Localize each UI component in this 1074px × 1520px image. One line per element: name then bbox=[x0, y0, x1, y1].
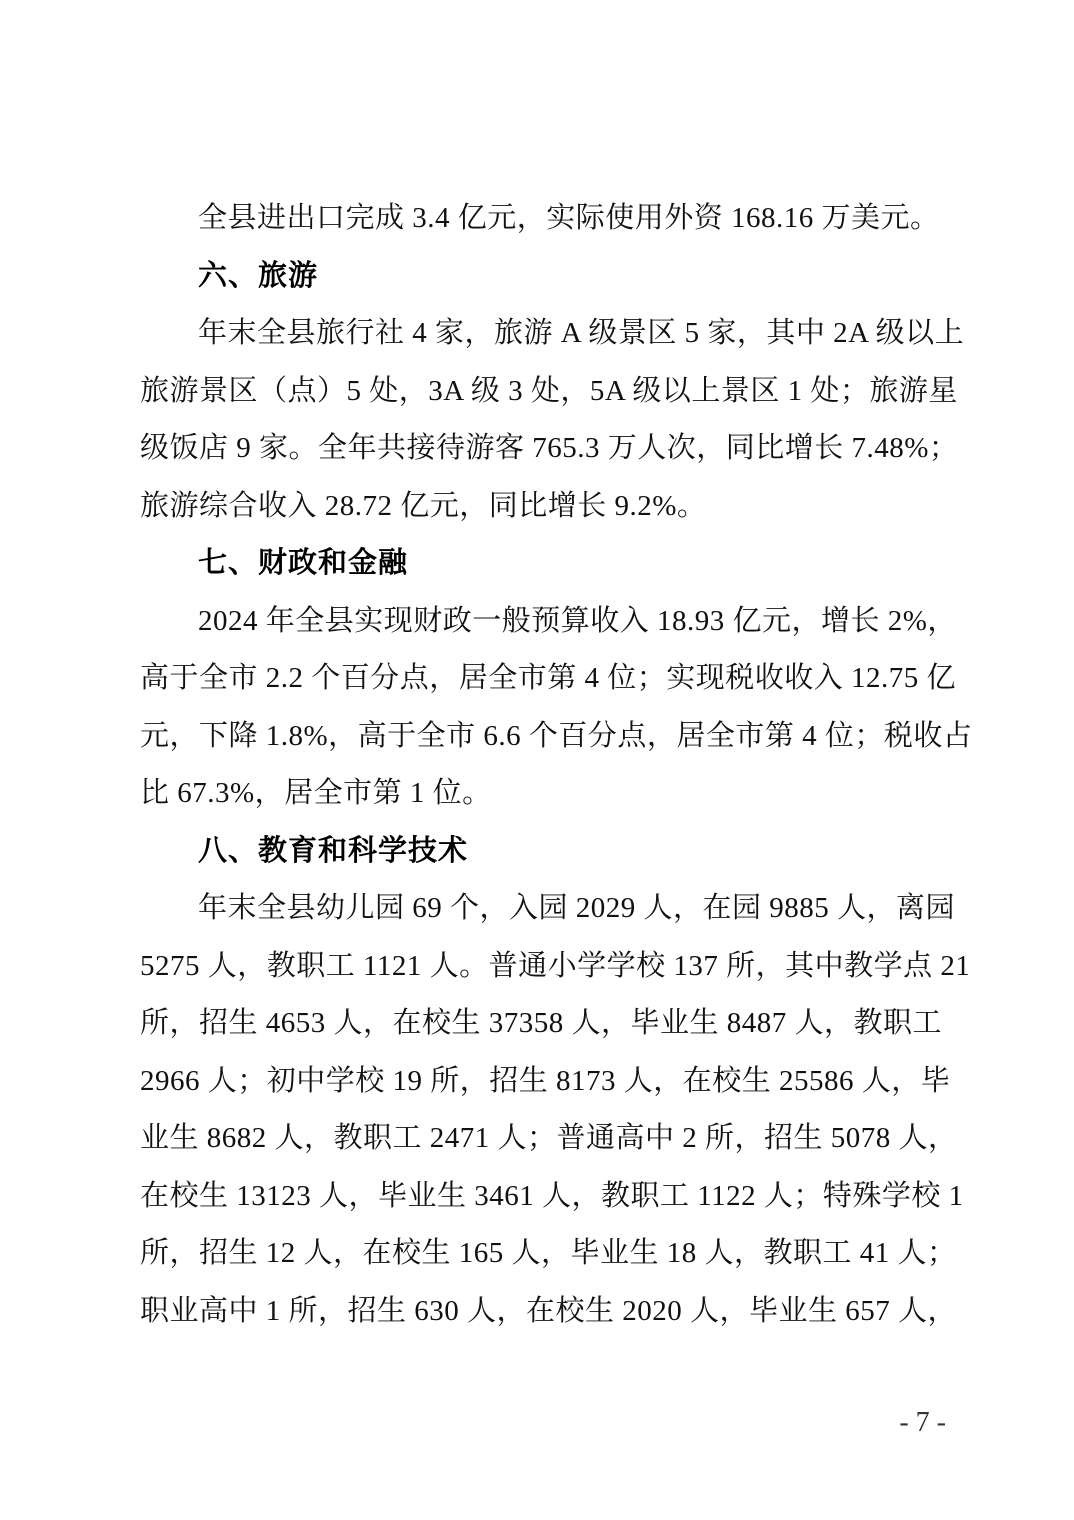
text-line: 2024 年全县实现财政一般预算收入 18.93 亿元，增长 2%， bbox=[140, 593, 945, 651]
page-number: - 7 - bbox=[899, 1407, 946, 1438]
section-heading: 七、财政和金融 bbox=[140, 535, 945, 593]
text-line: 高于全市 2.2 个百分点，居全市第 4 位；实现税收收入 12.75 亿 bbox=[140, 650, 945, 708]
text-line: 年末全县幼儿园 69 个，入园 2029 人，在园 9885 人，离园 bbox=[140, 880, 945, 938]
section-heading: 八、教育和科学技术 bbox=[140, 823, 945, 881]
text-line: 旅游综合收入 28.72 亿元，同比增长 9.2%。 bbox=[140, 478, 945, 536]
text-line: 旅游景区（点）5 处，3A 级 3 处，5A 级以上景区 1 处；旅游星 bbox=[140, 363, 945, 421]
text-line: 所，招生 12 人，在校生 165 人，毕业生 18 人，教职工 41 人； bbox=[140, 1225, 945, 1283]
text-line: 年末全县旅行社 4 家，旅游 A 级景区 5 家，其中 2A 级以上 bbox=[140, 305, 945, 363]
section-heading: 六、旅游 bbox=[140, 248, 945, 306]
text-line: 职业高中 1 所，招生 630 人，在校生 2020 人，毕业生 657 人， bbox=[140, 1283, 945, 1341]
text-line: 所，招生 4653 人，在校生 37358 人，毕业生 8487 人，教职工 bbox=[140, 995, 945, 1053]
text-line: 级饭店 9 家。全年共接待游客 765.3 万人次，同比增长 7.48%； bbox=[140, 420, 945, 478]
text-line: 元，下降 1.8%，高于全市 6.6 个百分点，居全市第 4 位；税收占 bbox=[140, 708, 945, 766]
text-line: 在校生 13123 人，毕业生 3461 人，教职工 1122 人；特殊学校 1 bbox=[140, 1168, 945, 1226]
text-line: 2966 人；初中学校 19 所，招生 8173 人，在校生 25586 人，毕 bbox=[140, 1053, 945, 1111]
text-line: 比 67.3%，居全市第 1 位。 bbox=[140, 765, 945, 823]
text-line: 全县进出口完成 3.4 亿元，实际使用外资 168.16 万美元。 bbox=[140, 190, 945, 248]
page-footer: - 7 - bbox=[899, 1406, 946, 1440]
text-line: 业生 8682 人，教职工 2471 人；普通高中 2 所，招生 5078 人， bbox=[140, 1110, 945, 1168]
document-page: 全县进出口完成 3.4 亿元，实际使用外资 168.16 万美元。六、旅游年末全… bbox=[0, 0, 1074, 1520]
text-line: 5275 人，教职工 1121 人。普通小学学校 137 所，其中教学点 21 bbox=[140, 938, 945, 996]
document-content: 全县进出口完成 3.4 亿元，实际使用外资 168.16 万美元。六、旅游年末全… bbox=[140, 190, 945, 1340]
